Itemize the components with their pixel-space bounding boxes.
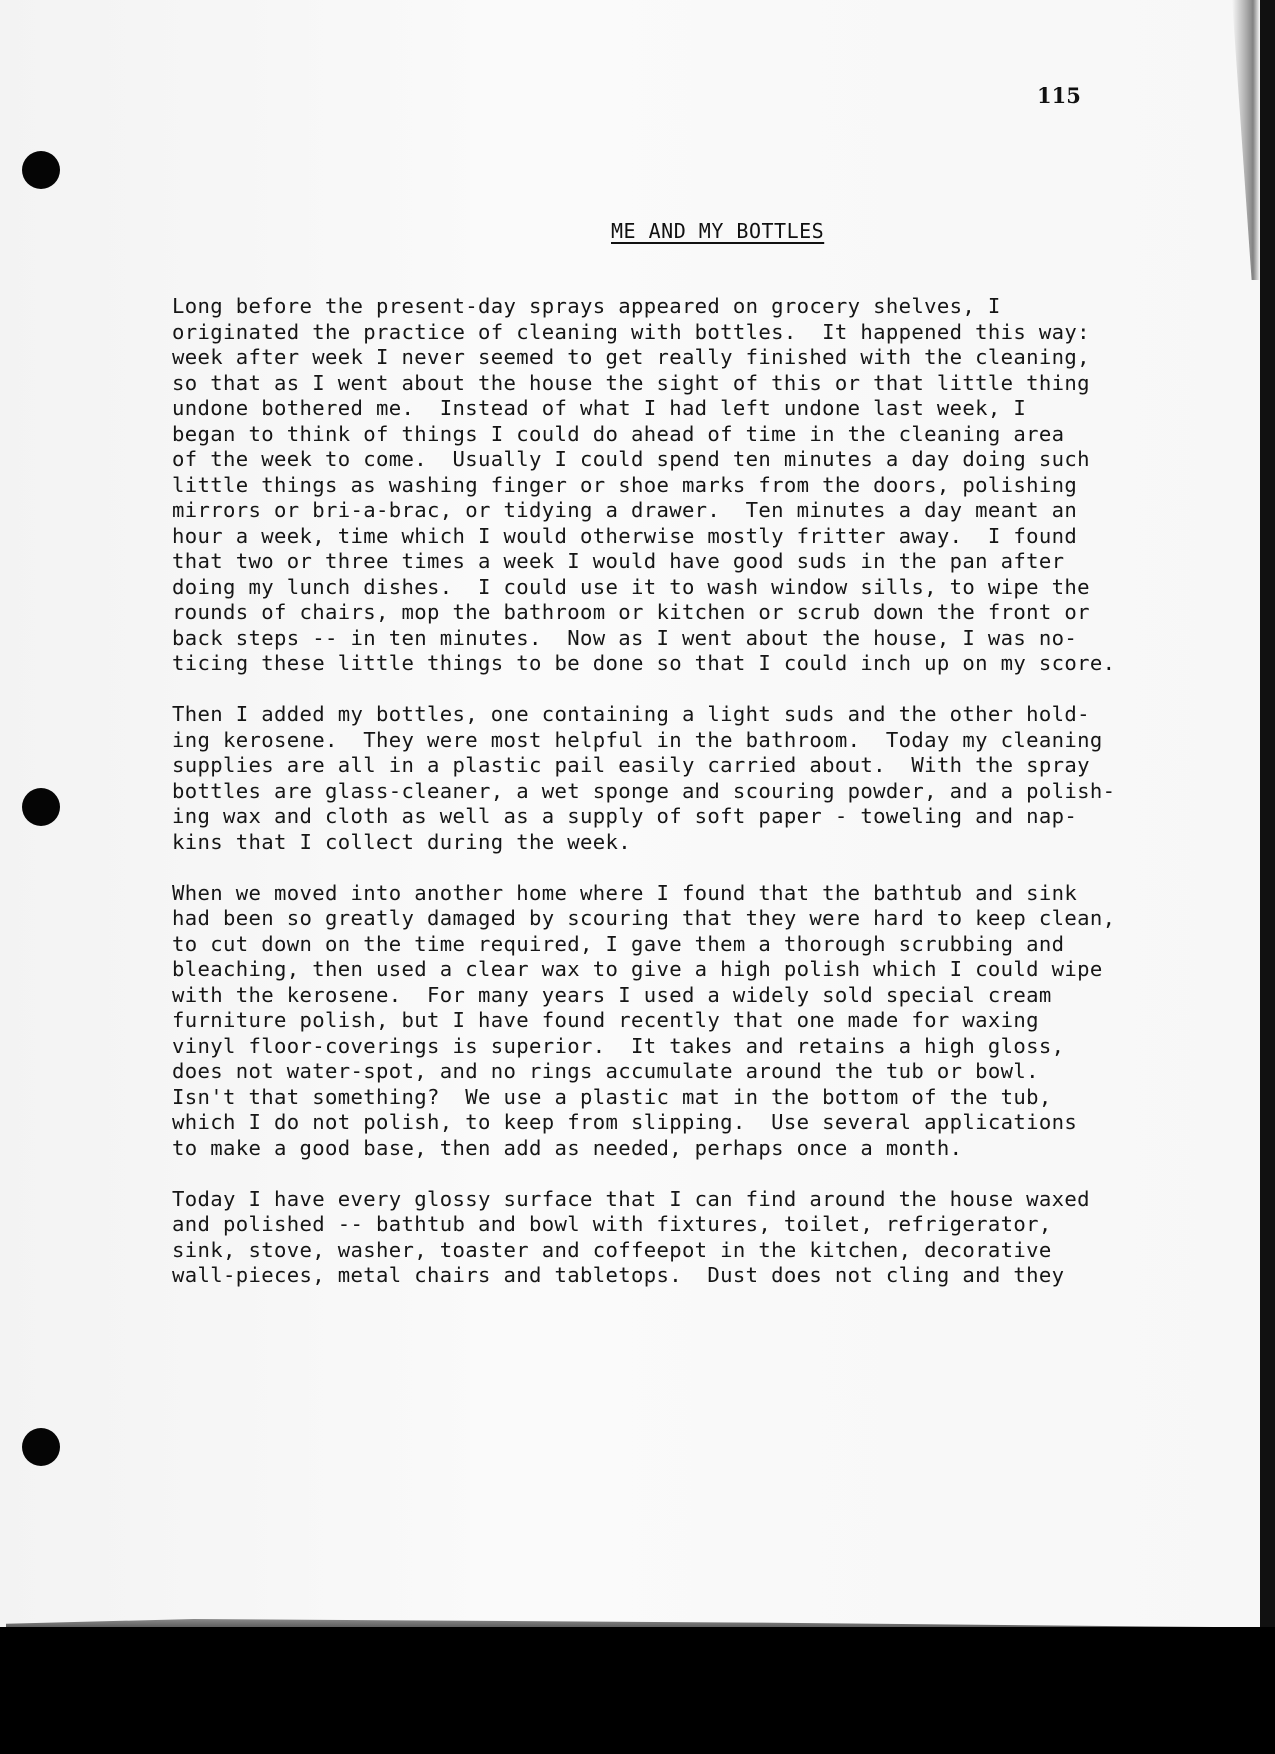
text-line: undone bothered me. Instead of what I ha… (172, 396, 1172, 422)
text-line: to cut down on the time required, I gave… (172, 932, 1172, 958)
body-text: Long before the present-day sprays appea… (172, 294, 1172, 1314)
text-line: vinyl floor-coverings is superior. It ta… (172, 1034, 1172, 1060)
scanner-border-bottom (0, 1627, 1275, 1754)
text-line: and polished -- bathtub and bowl with fi… (172, 1212, 1172, 1238)
text-line: back steps -- in ten minutes. Now as I w… (172, 626, 1172, 652)
text-line: to make a good base, then add as needed,… (172, 1136, 1172, 1162)
text-line: with the kerosene. For many years I used… (172, 983, 1172, 1009)
text-line: ticing these little things to be done so… (172, 651, 1172, 677)
text-line: ing wax and cloth as well as a supply of… (172, 804, 1172, 830)
text-line: wall-pieces, metal chairs and tabletops.… (172, 1263, 1172, 1289)
paragraph: When we moved into another home where I … (172, 881, 1172, 1162)
paragraph: Then I added my bottles, one containing … (172, 702, 1172, 855)
page-number: 115 (1037, 83, 1081, 108)
punch-hole-bottom (22, 1428, 60, 1466)
scan-edge-shadow (1232, 0, 1260, 280)
text-line: little things as washing finger or shoe … (172, 473, 1172, 499)
text-line: hour a week, time which I would otherwis… (172, 524, 1172, 550)
text-line: began to think of things I could do ahea… (172, 422, 1172, 448)
text-line: had been so greatly damaged by scouring … (172, 906, 1172, 932)
text-line: bottles are glass-cleaner, a wet sponge … (172, 779, 1172, 805)
text-line: of the week to come. Usually I could spe… (172, 447, 1172, 473)
text-line: Then I added my bottles, one containing … (172, 702, 1172, 728)
text-line: that two or three times a week I would h… (172, 549, 1172, 575)
text-line: kins that I collect during the week. (172, 830, 1172, 856)
text-line: bleaching, then used a clear wax to give… (172, 957, 1172, 983)
text-line: does not water-spot, and no rings accumu… (172, 1059, 1172, 1085)
text-line: When we moved into another home where I … (172, 881, 1172, 907)
text-line: Today I have every glossy surface that I… (172, 1187, 1172, 1213)
text-line: doing my lunch dishes. I could use it to… (172, 575, 1172, 601)
text-line: sink, stove, washer, toaster and coffeep… (172, 1238, 1172, 1264)
text-line: supplies are all in a plastic pail easil… (172, 753, 1172, 779)
scanned-page: 115 ME AND MY BOTTLES Long before the pr… (0, 0, 1260, 1627)
text-line: rounds of chairs, mop the bathroom or ki… (172, 600, 1172, 626)
punch-hole-middle (22, 788, 60, 826)
text-line: so that as I went about the house the si… (172, 371, 1172, 397)
punch-hole-top (22, 151, 60, 189)
text-line: which I do not polish, to keep from slip… (172, 1110, 1172, 1136)
paragraph: Long before the present-day sprays appea… (172, 294, 1172, 677)
page-title: ME AND MY BOTTLES (611, 219, 824, 243)
text-line: originated the practice of cleaning with… (172, 320, 1172, 346)
text-line: week after week I never seemed to get re… (172, 345, 1172, 371)
text-line: furniture polish, but I have found recen… (172, 1008, 1172, 1034)
text-line: Long before the present-day sprays appea… (172, 294, 1172, 320)
paragraph: Today I have every glossy surface that I… (172, 1187, 1172, 1289)
text-line: ing kerosene. They were most helpful in … (172, 728, 1172, 754)
scanner-border-right (1260, 0, 1275, 1754)
text-line: Isn't that something? We use a plastic m… (172, 1085, 1172, 1111)
text-line: mirrors or bri-a-brac, or tidying a draw… (172, 498, 1172, 524)
